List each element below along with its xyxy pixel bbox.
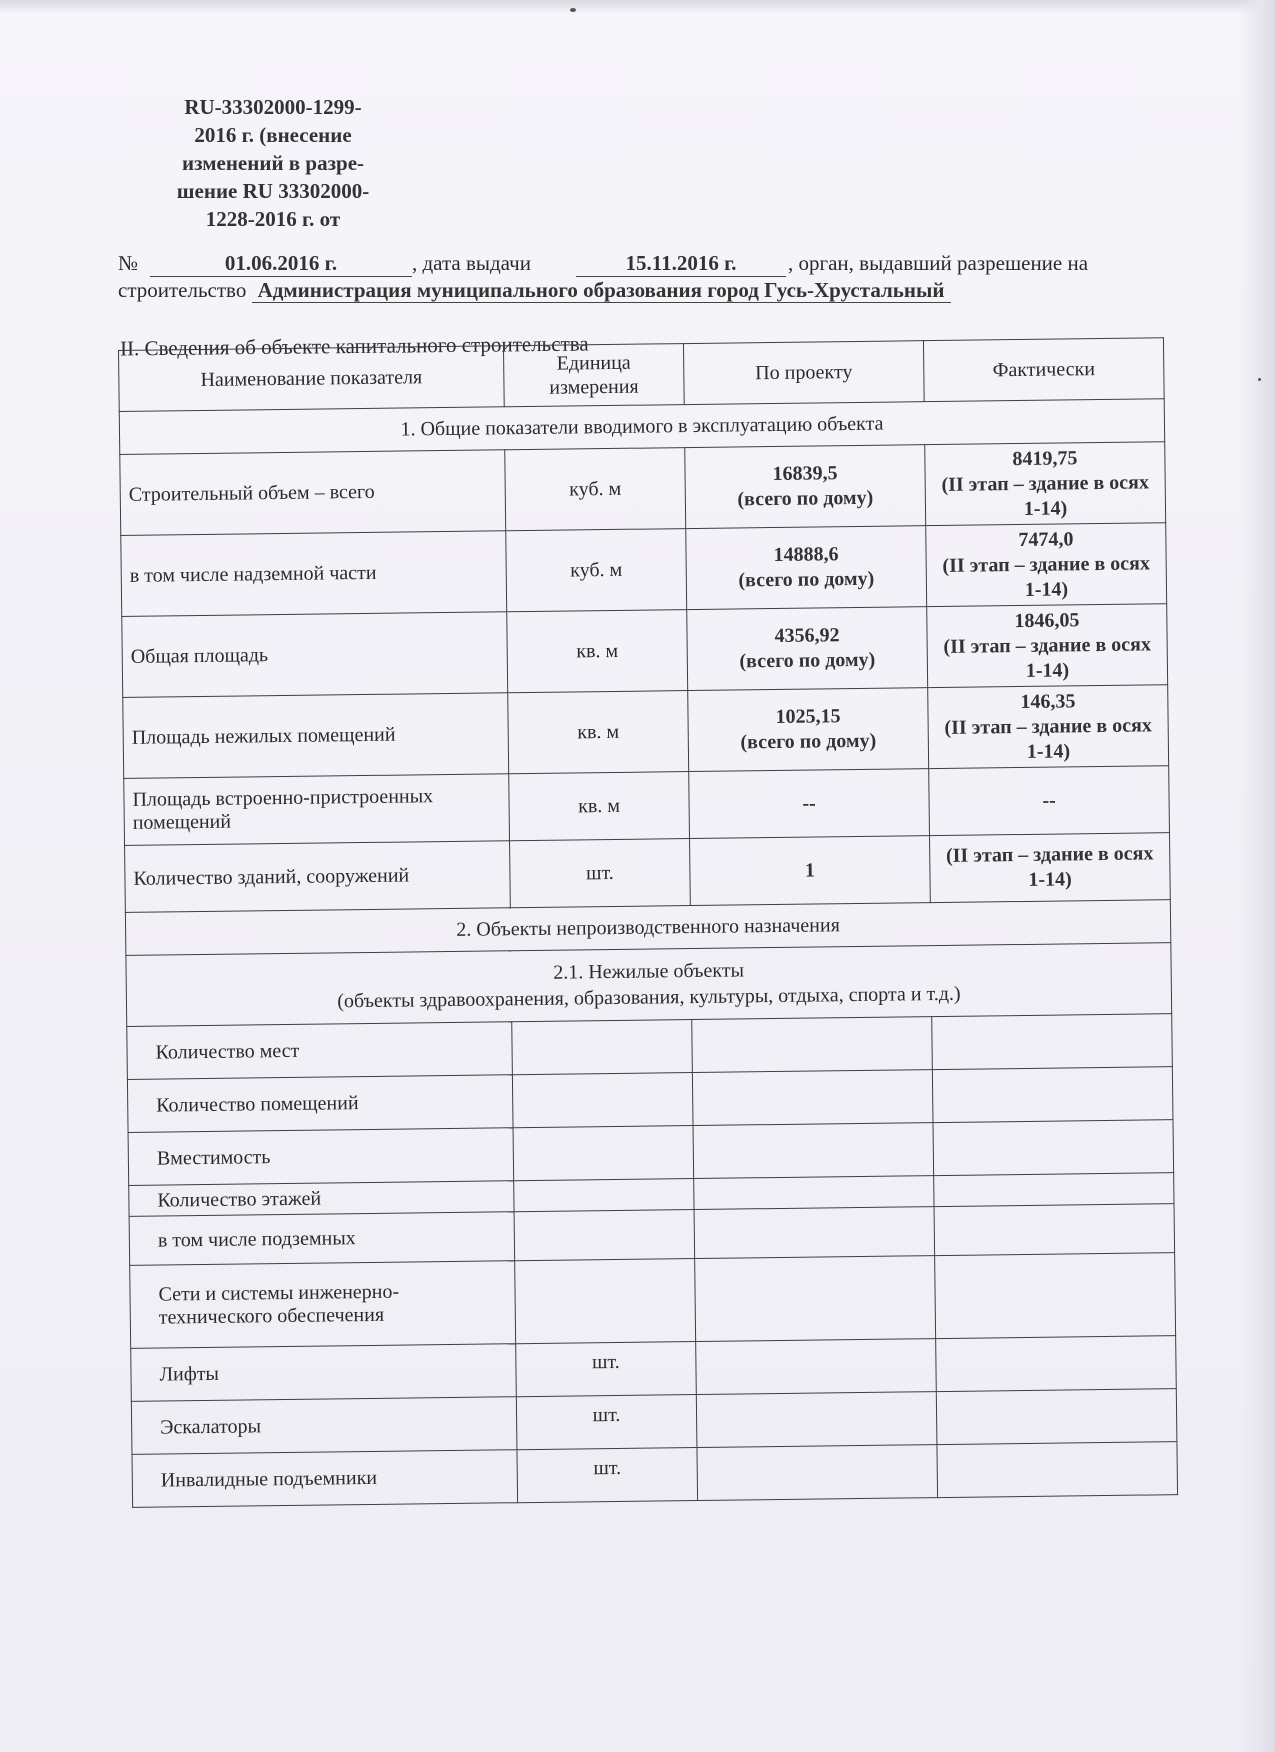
project-cell: 14888,6(всего по дому) [686,526,927,610]
project-cell [692,1017,933,1073]
header-cell: Фактически [923,338,1164,402]
unit-cell: куб. м [505,448,686,531]
actual-cell [936,1389,1177,1445]
permit-number-line: изменений в разре- [148,149,398,177]
header-cell: Наименование показателя [119,346,505,412]
project-cell-value: -- [697,790,920,818]
header-cell: Единица измерения [503,344,684,407]
unit-cell: шт. [516,1395,697,1450]
indicator-name: Количество мест [127,1022,513,1080]
scan-speck [570,8,576,12]
indicator-name: Площадь нежилых помещений [123,693,509,779]
actual-cell [934,1173,1174,1207]
project-cell-value: 4356,92 [695,622,918,650]
project-cell: 1 [690,836,931,906]
project-cell [693,1123,934,1179]
project-cell [694,1176,934,1210]
unit-cell: шт. [516,1342,697,1397]
table-row: Количество зданий, сооруженийшт.1(II эта… [125,833,1171,913]
table-row: Площадь нежилых помещенийкв. м1025,15(вс… [123,685,1169,779]
permit-original-date: 01.06.2016 г. [150,250,412,277]
unit-cell [514,1179,694,1212]
actual-cell [936,1336,1177,1392]
actual-cell: 8419,75(II этап – здание в осях 1-14) [925,442,1166,526]
organ-line: строительство Администрация муниципально… [118,277,1118,303]
actual-cell [935,1253,1176,1339]
indicator-name: Инвалидные подъемники [132,1450,518,1508]
scan-speck [1258,378,1261,381]
actual-cell [934,1204,1175,1256]
project-cell: 16839,5(всего по дому) [685,445,926,529]
actual-cell [937,1442,1178,1498]
indicator-name: Сети и системы инженерно-технического об… [130,1261,516,1349]
indicator-name: Эскалаторы [131,1397,517,1455]
actual-cell: 7474,0(II этап – здание в осях 1-14) [926,523,1167,607]
actual-cell-value: 8419,75 [933,445,1156,473]
actual-cell-value: 1846,05 [935,607,1158,635]
unit-cell: шт. [517,1448,698,1503]
permit-number-line: RU-33302000-1299- [148,93,398,121]
actual-cell-note: (II этап – здание в осях 1-14) [938,841,1162,894]
indicator-name: Лифты [131,1344,517,1402]
project-cell [697,1445,938,1501]
project-cell [692,1070,933,1126]
actual-cell: (II этап – здание в осях 1-14) [929,833,1170,903]
unit-cell: куб. м [506,529,687,612]
permit-number: RU-33302000-1299- 2016 г. (внесение изме… [148,93,398,233]
project-cell [696,1392,937,1448]
actual-cell-value: -- [937,787,1160,815]
project-cell-value: 1025,15 [696,703,919,731]
organ-label: , орган, выдавший разрешение на [788,250,1088,276]
indicator-name: Вместимость [128,1128,514,1186]
subsection-heading: 2.1. Нежилые объекты (объекты здравоохра… [126,943,1172,1027]
indicator-name: Площадь встроенно-пристроенных помещений [124,774,510,846]
construction-label: строительство [118,278,246,302]
unit-cell: кв. м [507,610,688,693]
unit-cell [513,1126,694,1181]
project-cell-note: (всего по дому) [696,647,919,675]
project-cell-note: (всего по дому) [694,485,917,513]
project-cell-note: (всего по дому) [697,728,920,756]
actual-cell-note: (II этап – здание в осях 1-14) [934,470,1158,523]
actual-cell: -- [929,766,1170,836]
indicator-name: в том числе надземной части [121,531,507,617]
unit-cell [515,1259,696,1344]
table-row: Строительный объем – всегокуб. м16839,5(… [120,442,1166,536]
page-edge-shadow [0,0,1275,14]
indicator-name: Общая площадь [122,612,508,698]
unit-cell [512,1020,693,1075]
issuing-organ: Администрация муниципального образования… [252,278,951,303]
project-cell-value: 16839,5 [693,460,916,488]
object-info-table: Наименование показателя Единица измерени… [118,337,1178,1508]
project-cell [695,1256,936,1342]
actual-cell: 1846,05(II этап – здание в осях 1-14) [927,604,1168,688]
indicator-name: Количество этажей [129,1181,514,1217]
table-row: Сети и системы инженерно-технического об… [130,1253,1176,1349]
actual-cell [933,1120,1174,1176]
unit-cell: кв. м [509,772,690,841]
actual-cell [932,1067,1173,1123]
table-row: в том числе надземной частикуб. м14888,6… [121,523,1167,617]
unit-cell: кв. м [508,691,689,774]
unit-cell [514,1210,695,1261]
header-cell: По проекту [683,341,924,405]
page-edge-shadow [1239,0,1275,1752]
issue-date-label: , дата выдачи [412,250,531,276]
table-row: Общая площадькв. м4356,92(всего по дому)… [122,604,1168,698]
project-cell-value: 1 [698,857,921,885]
actual-cell-value: 146,35 [936,688,1159,716]
permit-number-line: 2016 г. (внесение [148,121,398,149]
actual-cell-note: (II этап – здание в осях 1-14) [935,551,1159,604]
permit-number-line: 1228-2016 г. от [148,205,398,233]
unit-cell: шт. [510,839,691,908]
project-cell: 4356,92(всего по дому) [687,607,928,691]
indicator-name: Количество зданий, сооружений [125,841,511,913]
project-cell: 1025,15(всего по дому) [688,688,929,772]
indicator-name: Количество помещений [127,1075,513,1133]
permit-number-line: шение RU 33302000- [148,177,398,205]
project-cell: -- [689,769,930,839]
actual-cell-note: (II этап – здание в осях 1-14) [937,713,1161,766]
project-cell [694,1207,935,1259]
project-cell-value: 14888,6 [694,541,917,569]
actual-cell [932,1014,1173,1070]
table-row: Площадь встроенно-пристроенных помещений… [124,766,1170,846]
actual-cell-value: 7474,0 [934,526,1157,554]
issue-date: 15.11.2016 г. [576,250,786,277]
unit-cell [512,1073,693,1128]
indicator-name: в том числе подземных [129,1212,515,1266]
number-sign: № [118,250,138,276]
actual-cell: 146,35(II этап – здание в осях 1-14) [928,685,1169,769]
project-cell-note: (всего по дому) [695,566,918,594]
project-cell [696,1339,937,1395]
indicator-name: Строительный объем – всего [120,450,506,536]
actual-cell-note: (II этап – здание в осях 1-14) [936,632,1160,685]
section-row: 2.1. Нежилые объекты (объекты здравоохра… [126,943,1172,1027]
